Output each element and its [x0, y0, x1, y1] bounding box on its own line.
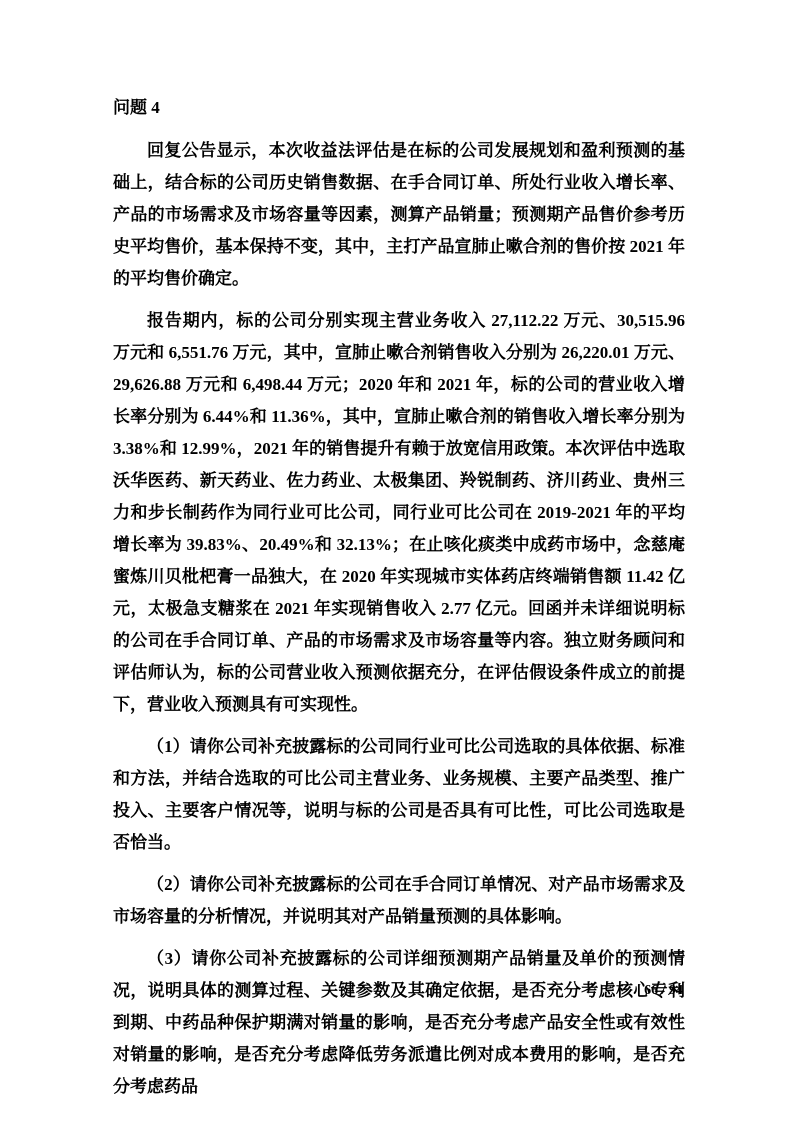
page-number: 66 / 94	[644, 982, 683, 1000]
document-page: 问题 4 回复公告显示，本次收益法评估是在标的公司发展规划和盈利预测的基础上，结…	[0, 0, 793, 1122]
paragraph-report-period: 报告期内，标的公司分别实现主营业务收入 27,112.22 万元、30,515.…	[113, 305, 685, 721]
paragraph-question-1: （1）请你公司补充披露标的公司同行业可比公司选取的具体依据、标准和方法，并结合选…	[113, 731, 685, 859]
section-heading: 问题 4	[113, 92, 685, 124]
paragraph-question-3: （3）请你公司补充披露标的公司详细预测期产品销量及单价的预测情况，说明具体的测算…	[113, 943, 685, 1103]
paragraph-question-2: （2）请你公司补充披露标的公司在手合同订单情况、对产品市场需求及市场容量的分析情…	[113, 869, 685, 933]
paragraph-intro: 回复公告显示，本次收益法评估是在标的公司发展规划和盈利预测的基础上，结合标的公司…	[113, 135, 685, 295]
document-body: 问题 4 回复公告显示，本次收益法评估是在标的公司发展规划和盈利预测的基础上，结…	[113, 92, 685, 1113]
